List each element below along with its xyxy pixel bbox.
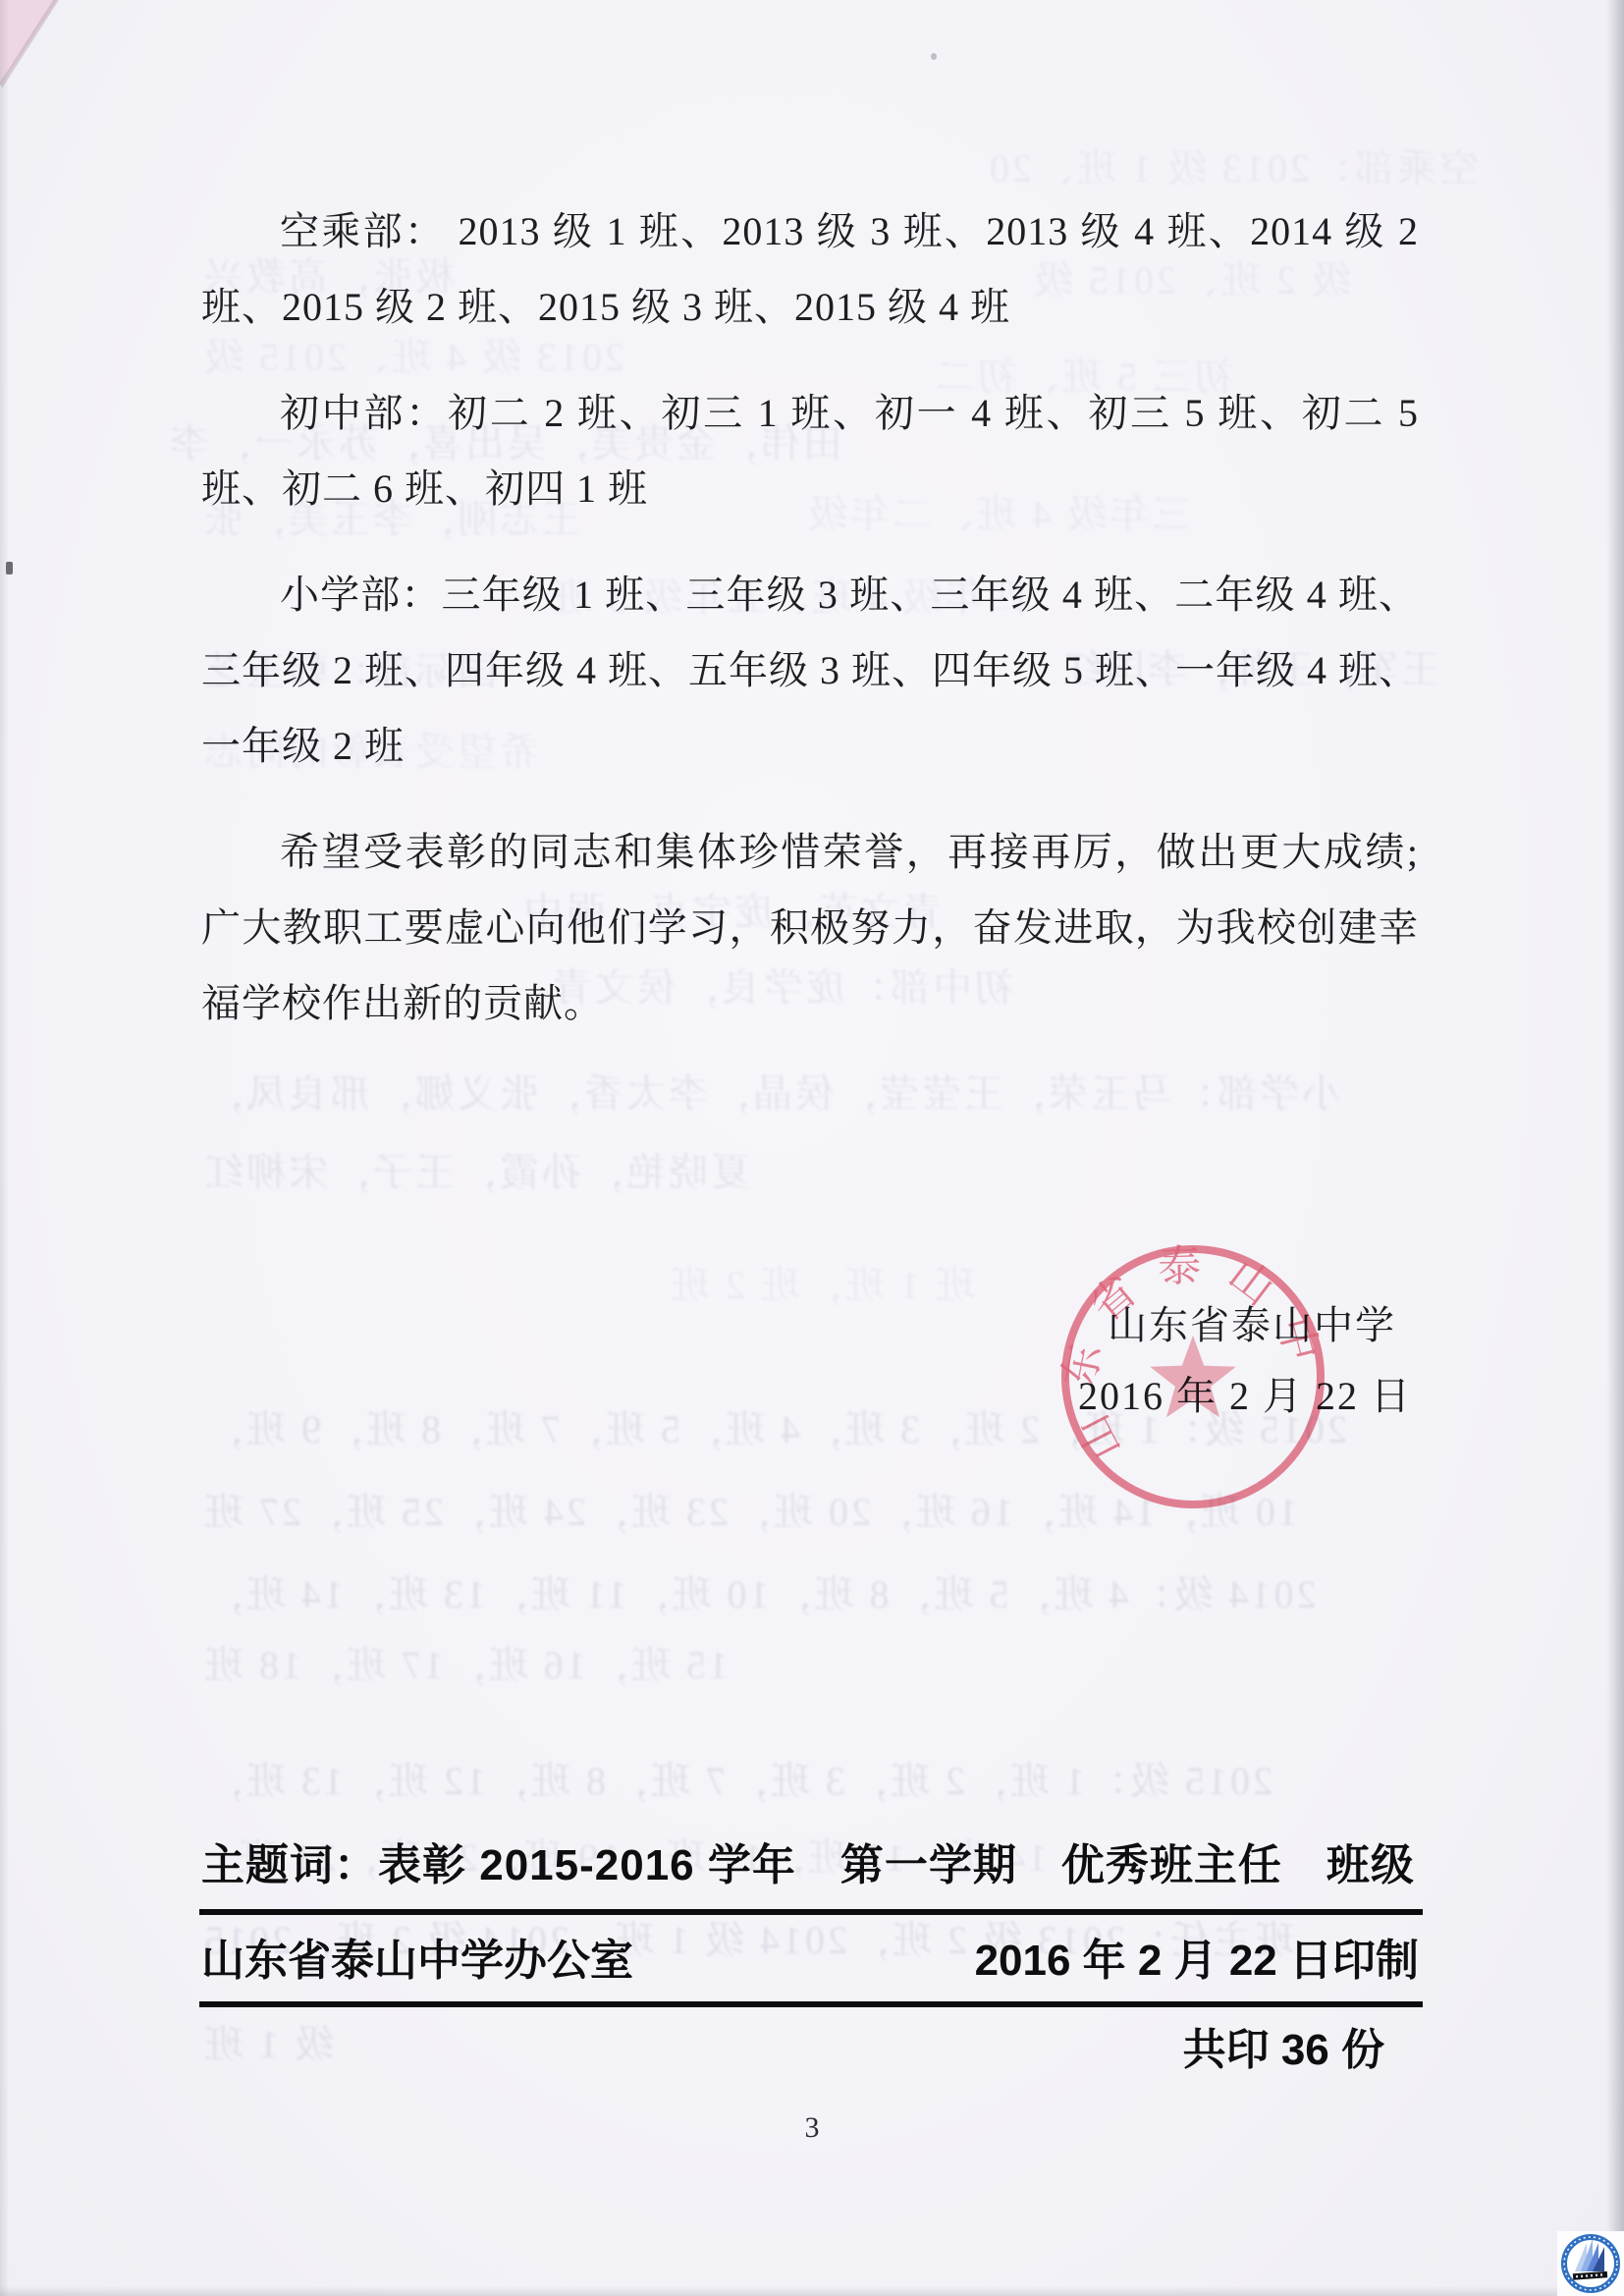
- issuing-office: 山东省泰山中学办公室: [201, 1932, 633, 1991]
- seal-arc-text: 山东省泰山中学: [1026, 1210, 1338, 1486]
- scan-speck: [931, 53, 937, 60]
- seal-star-icon: [1150, 1336, 1235, 1417]
- scanned-document-page: 空乘部：2013 级 1 班、20极张，高教兴级 2 班、2015 级2013 …: [0, 0, 1624, 2296]
- scan-edge-shadow-right: [1606, 0, 1624, 2296]
- scan-edge-shadow-left: [0, 0, 9, 2296]
- bleedthrough-line: 2015 级：1 班，2 班，3 班，7 班，8 班，12 班，13 班，: [201, 1758, 1272, 1805]
- scan-edge-shadow-bottom: [0, 2286, 1624, 2296]
- bleedthrough-line: 空乘部：2013 级 1 班、20: [987, 145, 1479, 192]
- bleedthrough-line: 小学部：马玉荣，王莹莹，侯晶，李太香，张义娜，邢良凤，: [201, 1070, 1341, 1118]
- bleedthrough-line: 15 班，16 班，17 班，18 班: [201, 1642, 729, 1689]
- footer-issuer-line: 山东省泰山中学办公室 2016 年 2 月 22 日印制: [201, 1932, 1419, 1991]
- print-date: 2016 年 2 月 22 日印制: [975, 1932, 1419, 1991]
- footer-rule-bottom: [199, 2001, 1423, 2007]
- bleedthrough-line: 级 1 班: [201, 2021, 334, 2068]
- footer-rule-top: [199, 1909, 1423, 1915]
- page-number: 3: [0, 2111, 1624, 2145]
- bleedthrough-line: 2014 级：4 班，5 班，8 班，10 班，11 班，13 班，14 班，: [201, 1571, 1317, 1618]
- copies-printed: 共印 36 份: [1183, 2023, 1384, 2078]
- school-badge-logo: [1557, 2231, 1624, 2296]
- document-body: 空乘部： 2013 级 1 班、2013 级 3 班、2013 级 4 班、20…: [201, 193, 1419, 1041]
- paragraph-air-crew-dept: 空乘部： 2013 级 1 班、2013 级 3 班、2013 级 4 班、20…: [201, 193, 1419, 345]
- bleedthrough-line: 班 1 班，班 2 班: [668, 1262, 975, 1309]
- bleedthrough-line: 夏晓艳，孙霞，王子，宋柳红: [201, 1149, 750, 1196]
- paragraph-closing: 希望受表彰的同志和集体珍惜荣誉，再接再厉，做出更大成绩;广大教职工要虚心向他们学…: [201, 814, 1419, 1041]
- official-seal-stamp: 山东省泰山中学: [1026, 1210, 1360, 1544]
- paragraph-junior-high-dept: 初中部：初二 2 班、初三 1 班、初一 4 班、初三 5 班、初二 5 班、初…: [201, 375, 1419, 526]
- svg-text:山东省泰山中学: 山东省泰山中学: [1026, 1210, 1338, 1486]
- subject-keywords-line: 主题词：表彰 2015-2016 学年 第一学期 优秀班主任 班级: [201, 1836, 1415, 1895]
- paragraph-primary-dept: 小学部：三年级 1 班、三年级 3 班、三年级 4 班、二年级 4 班、三年级 …: [201, 557, 1419, 784]
